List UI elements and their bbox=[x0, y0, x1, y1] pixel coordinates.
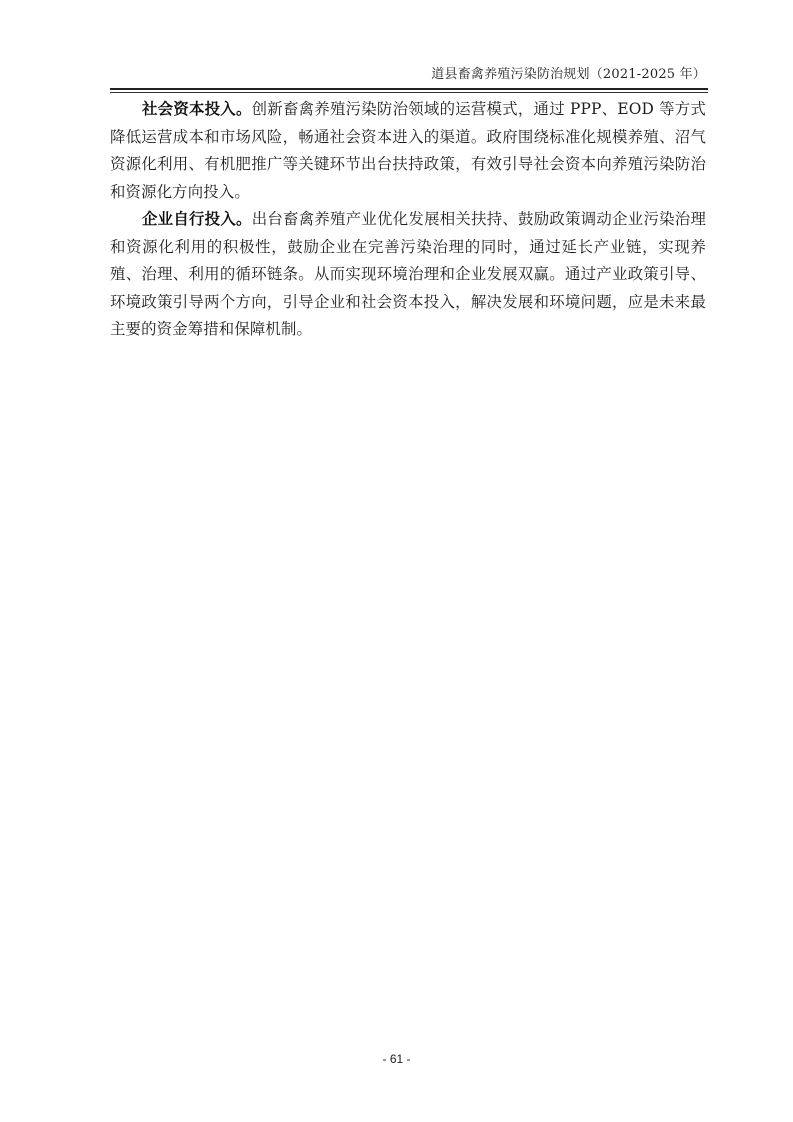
header-rule bbox=[110, 88, 708, 90]
paragraph-social-capital: 社会资本投入。创新畜禽养殖污染防治领域的运营模式，通过 PPP、EOD 等方式降… bbox=[110, 96, 706, 206]
document-title: 道县畜禽养殖污染防治规划（2021-2025 年） bbox=[431, 66, 706, 84]
paragraph-text: 出台畜禽养殖产业优化发展相关扶持、鼓励政策调动企业污染治理和资源化利用的积极性，… bbox=[110, 210, 706, 338]
paragraph-lead-heading: 企业自行投入。 bbox=[142, 210, 252, 228]
header-rule-thin bbox=[110, 92, 708, 93]
paragraph-enterprise-investment: 企业自行投入。出台畜禽养殖产业优化发展相关扶持、鼓励政策调动企业污染治理和资源化… bbox=[110, 206, 706, 344]
page-body: 社会资本投入。创新畜禽养殖污染防治领域的运营模式，通过 PPP、EOD 等方式降… bbox=[110, 96, 706, 344]
page-number: - 61 - bbox=[0, 1052, 793, 1066]
paragraph-lead-heading: 社会资本投入。 bbox=[142, 100, 252, 118]
page-header: 道县畜禽养殖污染防治规划（2021-2025 年） bbox=[110, 66, 708, 92]
